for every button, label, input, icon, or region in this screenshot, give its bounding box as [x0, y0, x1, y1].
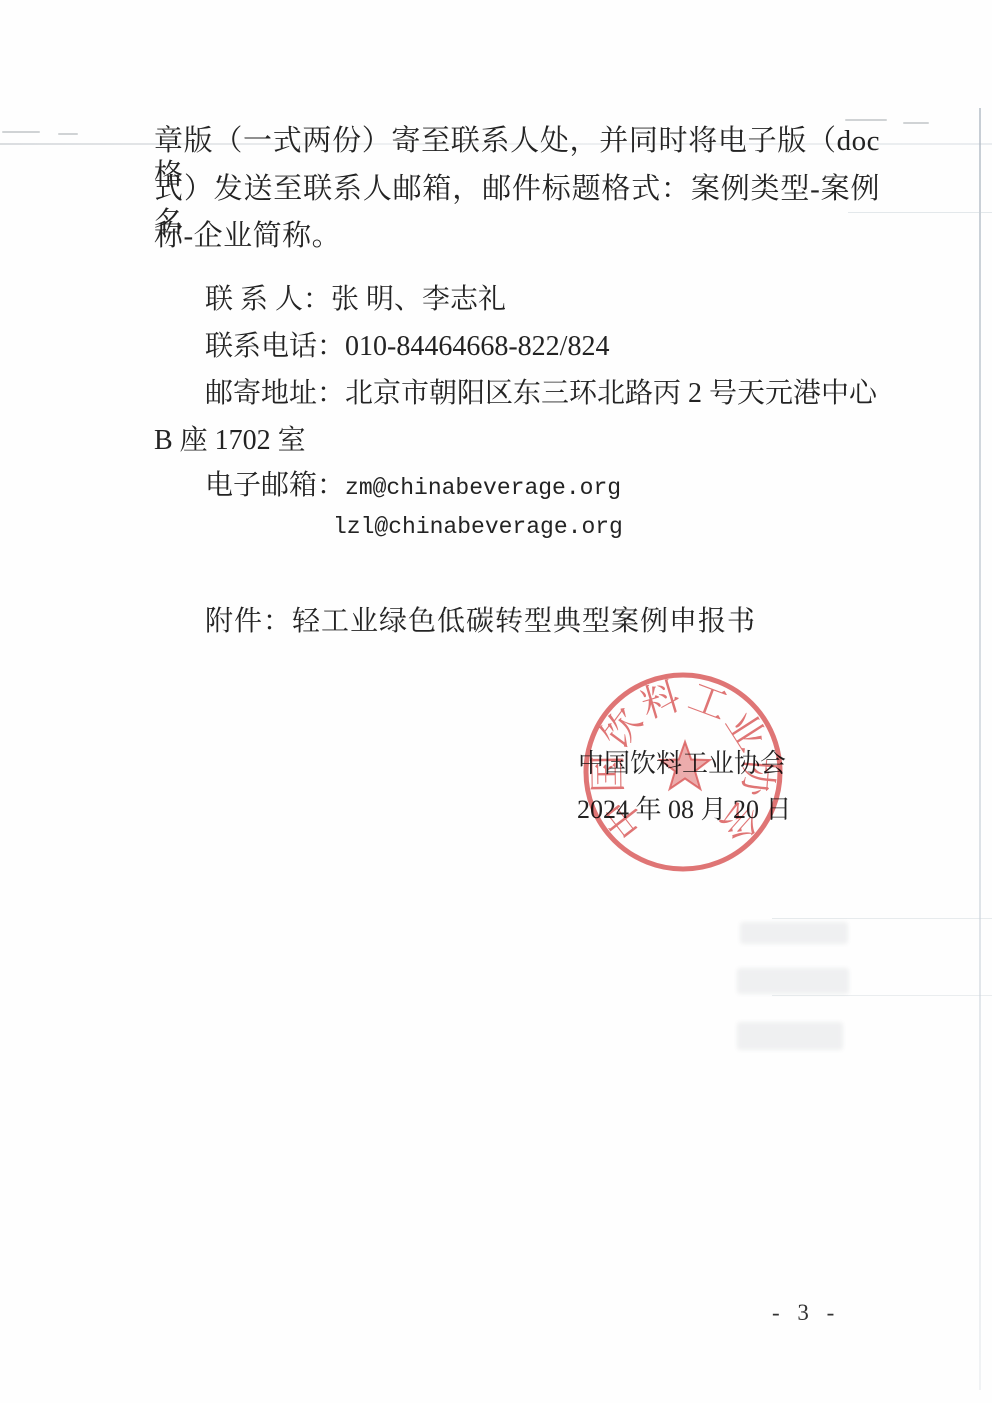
page-number: - 3 - [772, 1300, 840, 1326]
email-line-2: lzl@chinabeverage.org [333, 514, 623, 540]
bleedthrough-smudge [737, 968, 849, 994]
mailing-address-line: 邮寄地址：北京市朝阳区东三环北路丙 2 号天元港中心 [205, 371, 877, 411]
scan-faint-line-right-mid1 [772, 918, 992, 919]
scan-speck [845, 119, 887, 121]
contact-phone-line: 联系电话：010-84464668-822/824 [205, 324, 609, 364]
scan-speck [58, 133, 78, 135]
email-line-1: 电子邮箱：zm@chinabeverage.org [205, 463, 621, 503]
document-page: 章版（一式两份）寄至联系人处，并同时将电子版（doc 格 式）发送至联系人邮箱，… [0, 0, 992, 1403]
signature-date: 2024 年 08 月 20 日 [577, 789, 792, 826]
address-continuation-line: B 座 1702 室 [154, 418, 306, 458]
email-value-1: zm@chinabeverage.org [345, 475, 621, 501]
scan-faint-line-right-mid2 [772, 995, 992, 996]
signature-org: 中国饮料工业协会 [578, 743, 786, 780]
mailing-address-value: 北京市朝阳区东三环北路丙 2 号天元港中心 [345, 378, 877, 409]
attachment-line: 附件：轻工业绿色低碳转型典型案例申报书 [205, 599, 756, 639]
scan-vertical-line [979, 108, 981, 1390]
body-paragraph-line-3: 称-企业简称。 [154, 219, 880, 253]
contact-phone-label: 联系电话： [205, 331, 345, 362]
bleedthrough-smudge [737, 1022, 843, 1050]
scan-speck [2, 131, 40, 133]
contact-person-line: 联 系 人：张 明、李志礼 [205, 277, 506, 317]
contact-phone-value: 010-84464668-822/824 [345, 331, 609, 362]
mailing-address-label: 邮寄地址： [205, 378, 345, 409]
scan-speck [903, 122, 929, 124]
bleedthrough-smudge [740, 922, 848, 944]
email-label: 电子邮箱： [205, 470, 345, 501]
